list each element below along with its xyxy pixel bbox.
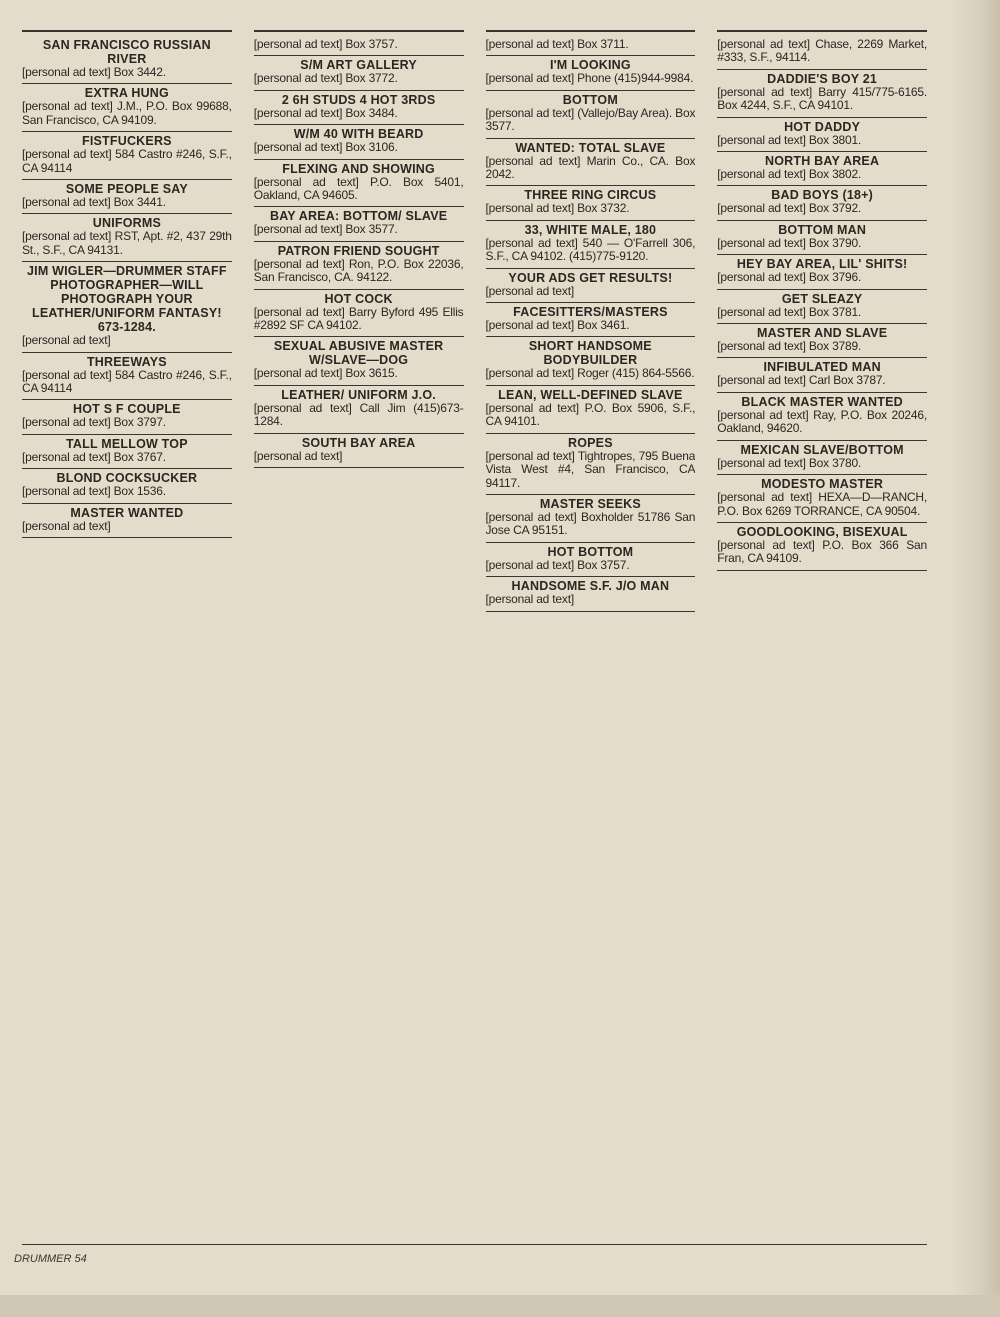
ad-headline: MODESTO MASTER	[717, 477, 927, 491]
ad-body: [personal ad text] Box 3767.	[22, 451, 232, 464]
ad-headline: FLEXING AND SHOWING	[254, 162, 464, 176]
classified-ad: YOUR ADS GET RESULTS![personal ad text]	[486, 269, 696, 303]
classified-ad: SEXUAL ABUSIVE MASTER W/SLAVE—DOG[person…	[254, 337, 464, 385]
ad-headline: JIM WIGLER—DRUMMER STAFF PHOTOGRAPHER—WI…	[22, 264, 232, 334]
ad-contact: Box 3797.	[114, 415, 166, 429]
ad-headline: NORTH BAY AREA	[717, 154, 927, 168]
ad-contact: Box 3711.	[577, 37, 628, 51]
ad-body: [personal ad text] Box 3792.	[717, 202, 927, 215]
classified-ad: NORTH BAY AREA[personal ad text] Box 380…	[717, 152, 927, 186]
classifieds-page: SAN FRANCISCO RUSSIAN RIVER[personal ad …	[22, 30, 927, 1230]
classified-ad: LEAN, WELL-DEFINED SLAVE[personal ad tex…	[486, 386, 696, 434]
ad-headline: THREE RING CIRCUS	[486, 188, 696, 202]
ad-contact: Roger (415) 864-5566.	[577, 366, 694, 380]
ad-contact: Phone (415)944-9984.	[577, 71, 693, 85]
classified-ad: DADDIE'S BOY 21[personal ad text] Barry …	[717, 70, 927, 118]
ad-body: [personal ad text] Box 3796.	[717, 271, 927, 284]
ad-contact: Box 3461.	[577, 318, 629, 332]
footer-rule	[22, 1244, 927, 1245]
ad-body: [personal ad text] Box 3789.	[717, 340, 927, 353]
classified-ad: BLOND COCKSUCKER[personal ad text] Box 1…	[22, 469, 232, 503]
classified-ad: GOODLOOKING, BISEXUAL[personal ad text] …	[717, 523, 927, 571]
ad-headline: HOT COCK	[254, 292, 464, 306]
ad-contact: Box 3772.	[345, 71, 397, 85]
ad-body: [personal ad text] Barry Byford 495 Elli…	[254, 306, 464, 333]
ad-body: [personal ad text] 584 Castro #246, S.F.…	[22, 148, 232, 175]
ad-body: [personal ad text] Box 3615.	[254, 367, 464, 380]
ad-contact: Box 3615.	[345, 366, 397, 380]
classified-ad: BLACK MASTER WANTED[personal ad text] Ra…	[717, 393, 927, 441]
ad-body: [personal ad text]	[486, 285, 696, 298]
ad-body: [personal ad text] Marin Co., CA. Box 20…	[486, 155, 696, 182]
ad-headline: TALL MELLOW TOP	[22, 437, 232, 451]
ad-headline: DADDIE'S BOY 21	[717, 72, 927, 86]
ad-contact: Box 3757.	[345, 37, 397, 51]
ad-contact: Box 3801.	[809, 133, 861, 147]
ad-body: [personal ad text] HEXA—D—RANCH, P.O. Bo…	[717, 491, 927, 518]
ad-body: [personal ad text] P.O. Box 366 San Fran…	[717, 539, 927, 566]
ad-headline: SHORT HANDSOME BODYBUILDER	[486, 339, 696, 367]
ad-headline: I'M LOOKING	[486, 58, 696, 72]
classified-ad: BAY AREA: BOTTOM/ SLAVE[personal ad text…	[254, 207, 464, 241]
ad-contact: Box 3577.	[345, 222, 397, 236]
ad-body: [personal ad text] Phone (415)944-9984.	[486, 72, 696, 85]
ad-body: [personal ad text] Box 3711.	[486, 38, 696, 51]
ad-body: [personal ad text]	[22, 520, 232, 533]
ad-headline: SAN FRANCISCO RUSSIAN RIVER	[22, 38, 232, 66]
ad-headline: LEATHER/ UNIFORM J.O.	[254, 388, 464, 402]
classified-ad: TALL MELLOW TOP[personal ad text] Box 37…	[22, 435, 232, 469]
ad-contact: Box 3781.	[809, 305, 861, 319]
ad-body: [personal ad text] Box 3484.	[254, 107, 464, 120]
ad-body: [personal ad text] Roger (415) 864-5566.	[486, 367, 696, 380]
ad-contact: Box 3442.	[114, 65, 166, 79]
classified-ad: WANTED: TOTAL SLAVE[personal ad text] Ma…	[486, 139, 696, 187]
classified-ad: UNIFORMS[personal ad text] RST, Apt. #2,…	[22, 214, 232, 262]
classified-ad: ROPES[personal ad text] Tightropes, 795 …	[486, 434, 696, 495]
ad-body: [personal ad text] (Vallejo/Bay Area). B…	[486, 107, 696, 134]
column-2: [personal ad text] Box 3757.S/M ART GALL…	[254, 30, 464, 1230]
ad-headline: BOTTOM	[486, 93, 696, 107]
classified-ad: BOTTOM MAN[personal ad text] Box 3790.	[717, 221, 927, 255]
ad-headline: HOT BOTTOM	[486, 545, 696, 559]
page-folio: DRUMMER 54	[14, 1253, 87, 1265]
ad-headline: SEXUAL ABUSIVE MASTER W/SLAVE—DOG	[254, 339, 464, 367]
ad-contact: Box 3767.	[114, 450, 166, 464]
ad-headline: BAD BOYS (18+)	[717, 188, 927, 202]
ad-contact: Box 3792.	[809, 201, 861, 215]
classified-ad: BAD BOYS (18+)[personal ad text] Box 379…	[717, 186, 927, 220]
ad-contact: Box 1536.	[114, 484, 166, 498]
ad-headline: HEY BAY AREA, LIL' SHITS!	[717, 257, 927, 271]
classified-ad: INFIBULATED MAN[personal ad text] Carl B…	[717, 358, 927, 392]
ad-headline: HOT DADDY	[717, 120, 927, 134]
ad-body: [personal ad text] Box 3802.	[717, 168, 927, 181]
ad-contact: Box 3732.	[577, 201, 629, 215]
classified-ad: MASTER WANTED[personal ad text]	[22, 504, 232, 538]
classified-ad: SHORT HANDSOME BODYBUILDER[personal ad t…	[486, 337, 696, 385]
column-3: [personal ad text] Box 3711.I'M LOOKING[…	[486, 30, 696, 1230]
ad-body: [personal ad text] Box 3441.	[22, 196, 232, 209]
ad-body: [personal ad text] P.O. Box 5906, S.F., …	[486, 402, 696, 429]
ad-headline: MEXICAN SLAVE/BOTTOM	[717, 443, 927, 457]
ad-headline: W/M 40 WITH BEARD	[254, 127, 464, 141]
ad-body: [personal ad text] Box 3461.	[486, 319, 696, 332]
ad-body: [personal ad text] Chase, 2269 Market, #…	[717, 38, 927, 65]
ad-body: [personal ad text] Box 3577.	[254, 223, 464, 236]
classified-ad: HOT S F COUPLE[personal ad text] Box 379…	[22, 400, 232, 434]
column-1: SAN FRANCISCO RUSSIAN RIVER[personal ad …	[22, 30, 232, 1230]
classified-ad: HANDSOME S.F. J/O MAN[personal ad text]	[486, 577, 696, 611]
ad-headline: BOTTOM MAN	[717, 223, 927, 237]
classified-ad: MASTER SEEKS[personal ad text] Boxholder…	[486, 495, 696, 543]
ad-headline: BLACK MASTER WANTED	[717, 395, 927, 409]
classified-ad: SOUTH BAY AREA[personal ad text]	[254, 434, 464, 468]
ad-headline: INFIBULATED MAN	[717, 360, 927, 374]
classified-ad: BOTTOM[personal ad text] (Vallejo/Bay Ar…	[486, 91, 696, 139]
ad-headline: HANDSOME S.F. J/O MAN	[486, 579, 696, 593]
ad-body: [personal ad text] RST, Apt. #2, 437 29t…	[22, 230, 232, 257]
classified-ad: 2 6H STUDS 4 HOT 3RDS[personal ad text] …	[254, 91, 464, 125]
classified-ad: HOT BOTTOM[personal ad text] Box 3757.	[486, 543, 696, 577]
ad-headline: EXTRA HUNG	[22, 86, 232, 100]
ad-contact: Box 3790.	[809, 236, 861, 250]
ad-headline: 33, WHITE MALE, 180	[486, 223, 696, 237]
ad-headline: THREEWAYS	[22, 355, 232, 369]
classified-ad: MODESTO MASTER[personal ad text] HEXA—D—…	[717, 475, 927, 523]
ad-headline: SOME PEOPLE SAY	[22, 182, 232, 196]
ad-body: [personal ad text]	[254, 450, 464, 463]
ad-body: [personal ad text]	[486, 593, 696, 606]
classified-ad: PATRON FRIEND SOUGHT[personal ad text] R…	[254, 242, 464, 290]
ad-body: [personal ad text] Box 3801.	[717, 134, 927, 147]
ad-headline: SOUTH BAY AREA	[254, 436, 464, 450]
ad-body: [personal ad text] Barry 415/775-6165. B…	[717, 86, 927, 113]
ad-body: [personal ad text] Box 3442.	[22, 66, 232, 79]
classified-ad: HOT DADDY[personal ad text] Box 3801.	[717, 118, 927, 152]
ad-body: [personal ad text] Box 3732.	[486, 202, 696, 215]
ad-body: [personal ad text] Box 3780.	[717, 457, 927, 470]
ad-headline: HOT S F COUPLE	[22, 402, 232, 416]
ad-headline: UNIFORMS	[22, 216, 232, 230]
ad-body: [personal ad text] Tightropes, 795 Buena…	[486, 450, 696, 490]
classified-ad: I'M LOOKING[personal ad text] Phone (415…	[486, 56, 696, 90]
ad-contact: Box 3106.	[345, 140, 397, 154]
ad-contact: Box 3802.	[809, 167, 861, 181]
ad-contact: Box 3484.	[345, 106, 397, 120]
ad-body: [personal ad text] J.M., P.O. Box 99688,…	[22, 100, 232, 127]
ad-body: [personal ad text] Box 3797.	[22, 416, 232, 429]
column-4: [personal ad text] Chase, 2269 Market, #…	[717, 30, 927, 1230]
ad-headline: S/M ART GALLERY	[254, 58, 464, 72]
classified-ad: [personal ad text] Box 3711.	[486, 36, 696, 56]
ad-headline: MASTER WANTED	[22, 506, 232, 520]
ad-contact: Box 3789.	[809, 339, 861, 353]
classified-ad: MASTER AND SLAVE[personal ad text] Box 3…	[717, 324, 927, 358]
ad-headline: FISTFUCKERS	[22, 134, 232, 148]
classified-ad: [personal ad text] Chase, 2269 Market, #…	[717, 36, 927, 70]
ad-body: [personal ad text] Box 1536.	[22, 485, 232, 498]
ad-headline: MASTER AND SLAVE	[717, 326, 927, 340]
ad-body: [personal ad text] Box 3772.	[254, 72, 464, 85]
classified-ad: HEY BAY AREA, LIL' SHITS![personal ad te…	[717, 255, 927, 289]
classified-ad: MEXICAN SLAVE/BOTTOM[personal ad text] B…	[717, 441, 927, 475]
classified-ad: S/M ART GALLERY[personal ad text] Box 37…	[254, 56, 464, 90]
ad-body: [personal ad text] 584 Castro #246, S.F.…	[22, 369, 232, 396]
ad-contact: Carl Box 3787.	[809, 373, 886, 387]
ad-headline: BLOND COCKSUCKER	[22, 471, 232, 485]
classified-ad: HOT COCK[personal ad text] Barry Byford …	[254, 290, 464, 338]
ad-body: [personal ad text] Box 3790.	[717, 237, 927, 250]
classified-ad: FISTFUCKERS[personal ad text] 584 Castro…	[22, 132, 232, 180]
ad-headline: LEAN, WELL-DEFINED SLAVE	[486, 388, 696, 402]
ad-body: [personal ad text] Box 3757.	[486, 559, 696, 572]
classified-ad: 33, WHITE MALE, 180[personal ad text] 54…	[486, 221, 696, 269]
classified-ad: FLEXING AND SHOWING[personal ad text] P.…	[254, 160, 464, 208]
ad-contact: Box 3757.	[577, 558, 629, 572]
ad-body: [personal ad text] 540 — O'Farrell 306, …	[486, 237, 696, 264]
classified-ad: FACESITTERS/MASTERS[personal ad text] Bo…	[486, 303, 696, 337]
ad-body: [personal ad text] Box 3757.	[254, 38, 464, 51]
classified-ad: THREE RING CIRCUS[personal ad text] Box …	[486, 186, 696, 220]
ad-headline: WANTED: TOTAL SLAVE	[486, 141, 696, 155]
ad-body: [personal ad text] Carl Box 3787.	[717, 374, 927, 387]
classified-ad: LEATHER/ UNIFORM J.O.[personal ad text] …	[254, 386, 464, 434]
classified-ad: [personal ad text] Box 3757.	[254, 36, 464, 56]
classified-ad: GET SLEAZY[personal ad text] Box 3781.	[717, 290, 927, 324]
ad-headline: GOODLOOKING, BISEXUAL	[717, 525, 927, 539]
page-bottom-margin	[0, 1295, 1000, 1317]
ad-body: [personal ad text] Box 3106.	[254, 141, 464, 154]
ad-headline: FACESITTERS/MASTERS	[486, 305, 696, 319]
ad-body: [personal ad text] Boxholder 51786 San J…	[486, 511, 696, 538]
ad-contact: Box 3441.	[114, 195, 166, 209]
ad-body: [personal ad text] Ron, P.O. Box 22036, …	[254, 258, 464, 285]
ad-contact: Box 3796.	[809, 270, 861, 284]
ad-headline: YOUR ADS GET RESULTS!	[486, 271, 696, 285]
ad-headline: MASTER SEEKS	[486, 497, 696, 511]
ad-body: [personal ad text]	[22, 334, 232, 347]
ad-body: [personal ad text] Ray, P.O. Box 20246, …	[717, 409, 927, 436]
ad-headline: ROPES	[486, 436, 696, 450]
ad-headline: GET SLEAZY	[717, 292, 927, 306]
ad-contact: Box 3780.	[809, 456, 861, 470]
ad-headline: BAY AREA: BOTTOM/ SLAVE	[254, 209, 464, 223]
ad-body: [personal ad text] Box 3781.	[717, 306, 927, 319]
classified-ad: SAN FRANCISCO RUSSIAN RIVER[personal ad …	[22, 36, 232, 84]
page-edge-shadow	[950, 0, 1000, 1317]
ad-body: [personal ad text] P.O. Box 5401, Oaklan…	[254, 176, 464, 203]
classified-ad: JIM WIGLER—DRUMMER STAFF PHOTOGRAPHER—WI…	[22, 262, 232, 352]
ad-headline: PATRON FRIEND SOUGHT	[254, 244, 464, 258]
ad-headline: 2 6H STUDS 4 HOT 3RDS	[254, 93, 464, 107]
ad-body: [personal ad text] Call Jim (415)673-128…	[254, 402, 464, 429]
classified-ad: W/M 40 WITH BEARD[personal ad text] Box …	[254, 125, 464, 159]
classified-ad: THREEWAYS[personal ad text] 584 Castro #…	[22, 353, 232, 401]
classified-ad: EXTRA HUNG[personal ad text] J.M., P.O. …	[22, 84, 232, 132]
classified-ad: SOME PEOPLE SAY[personal ad text] Box 34…	[22, 180, 232, 214]
